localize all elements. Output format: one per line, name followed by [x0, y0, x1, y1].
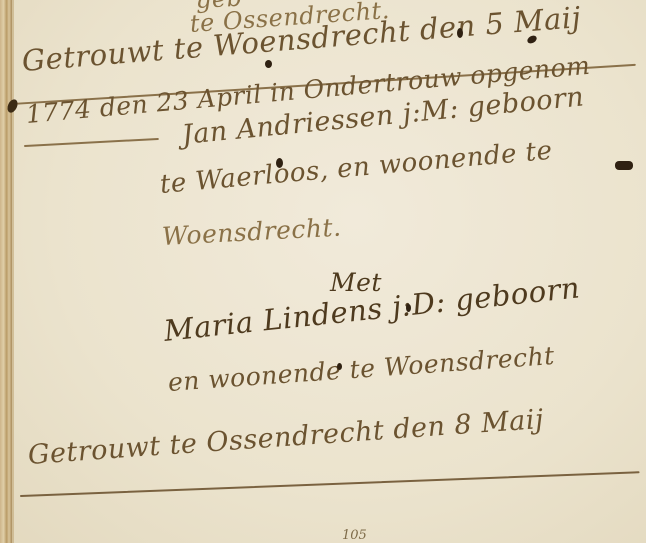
page-number: 105	[342, 528, 367, 543]
ink-blot	[457, 28, 463, 38]
marriage-heading-ossendrecht: Getrouwt te Ossendrecht den 8 Maij	[27, 404, 545, 471]
groom-residence-line: Woensdrecht.	[161, 213, 342, 251]
register-page: geb te Ossendrecht. Getrouwt te Woensdre…	[0, 0, 646, 543]
ink-blot	[265, 60, 272, 68]
bride-residence-line: en woonende te Woensdrecht	[167, 341, 556, 397]
closing-underline	[20, 471, 640, 497]
ink-blot	[406, 304, 411, 312]
ink-blot	[337, 363, 342, 370]
ink-blot	[615, 161, 633, 170]
year-underline	[24, 138, 159, 147]
book-binding-edge	[0, 0, 12, 543]
